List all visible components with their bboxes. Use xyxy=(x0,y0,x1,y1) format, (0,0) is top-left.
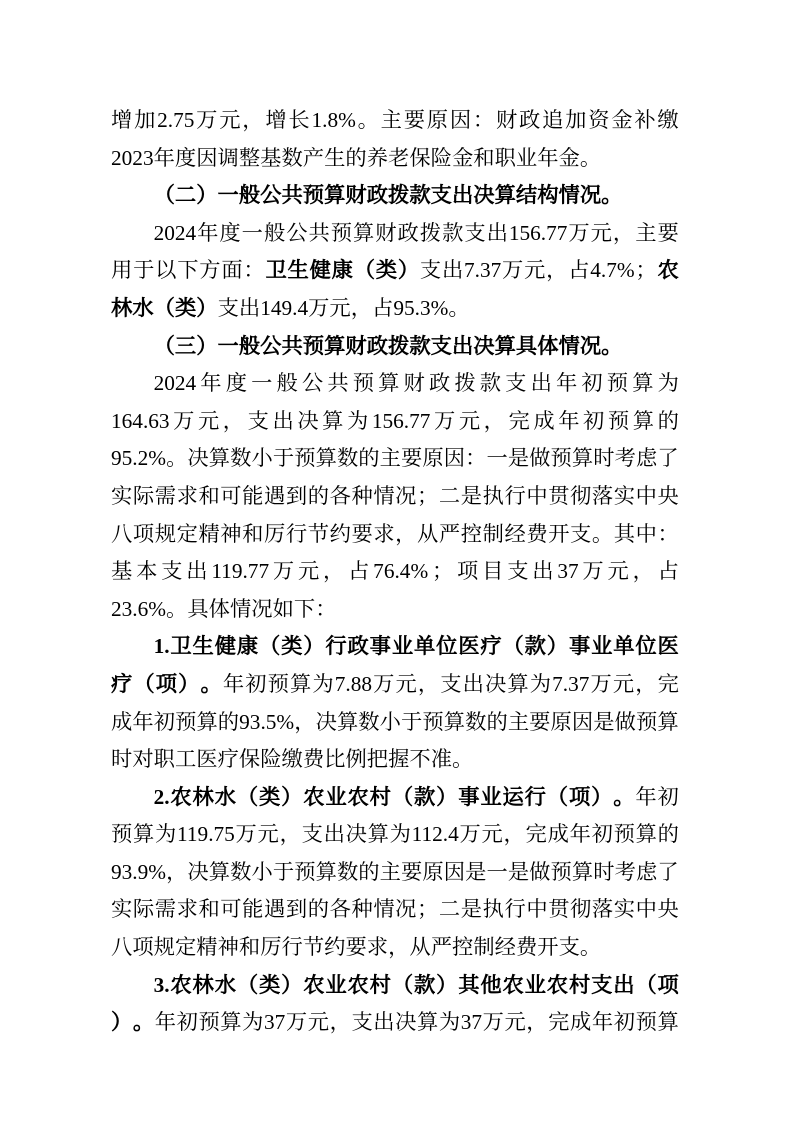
text-run: 要 xyxy=(351,516,372,554)
text-run: 和 xyxy=(242,516,263,554)
text-run: 预 xyxy=(111,816,132,854)
text-run: 决 xyxy=(473,328,494,366)
text-run: 。 xyxy=(613,779,634,817)
text-run: 算 xyxy=(633,403,654,441)
text-run: 产 xyxy=(303,140,324,178)
text-run: （ xyxy=(133,666,154,704)
text-run: 类 xyxy=(281,628,302,666)
text-run: 年 xyxy=(223,666,244,704)
text-run: 追 xyxy=(542,102,563,140)
text-run: 年 xyxy=(558,403,579,441)
text-run: 求 xyxy=(177,478,198,516)
text-run: 医 xyxy=(658,628,679,666)
text-run: 算 xyxy=(444,704,465,742)
text-run: ， xyxy=(280,816,301,854)
text-run: 精 xyxy=(198,516,219,554)
text-run: 93.5% xyxy=(239,704,294,742)
text-run: 预 xyxy=(294,854,315,892)
text-run: 出 xyxy=(531,365,552,403)
text-run: 万 xyxy=(483,1004,504,1042)
text-run: 结 xyxy=(516,177,537,215)
text-run: 水 xyxy=(132,290,153,328)
text-run: 林 xyxy=(111,290,132,328)
text-run: 般 xyxy=(264,215,285,253)
text-run: 是 xyxy=(461,478,482,516)
text-run: 农 xyxy=(303,779,324,817)
text-run: ， xyxy=(418,666,439,704)
text-run: 年 xyxy=(200,365,221,403)
text-run: 行 xyxy=(282,929,303,967)
text-run: 元 xyxy=(607,553,628,591)
text-run: 康 xyxy=(237,628,258,666)
text-run: 万 xyxy=(460,816,481,854)
text-run: 元 xyxy=(482,816,503,854)
text-run: 控 xyxy=(452,929,473,967)
text-run: 基 xyxy=(111,553,132,591)
text-run: 数 xyxy=(358,704,379,742)
text-run: 项 xyxy=(156,666,177,704)
text-run: 于 xyxy=(133,252,154,290)
text-run: 要 xyxy=(404,102,425,140)
text-line: ）。年初预算为37万元，支出决算为37万元，完成年初预算 xyxy=(111,1004,679,1042)
text-run: 算 xyxy=(316,854,337,892)
text-run: 7.88 xyxy=(335,666,372,704)
text-run: 预 xyxy=(198,1004,219,1042)
text-run: （ xyxy=(154,328,175,366)
text-run: 一 xyxy=(242,215,263,253)
text-run: 算 xyxy=(507,666,528,704)
text-run: 支 xyxy=(218,290,239,328)
text-run: 中 xyxy=(526,891,547,929)
text-run: 疗 xyxy=(218,741,239,779)
text-run: （ xyxy=(259,628,280,666)
text-run: 业 xyxy=(516,140,537,178)
text-run: 7.37 xyxy=(552,666,589,704)
text-run: 疗 xyxy=(111,666,132,704)
text-run: 公 xyxy=(260,177,281,215)
text-run: ， xyxy=(223,403,244,441)
text-run: 出 xyxy=(463,666,484,704)
text-run: 于 xyxy=(273,854,294,892)
text-run: 因 xyxy=(450,102,471,140)
text-run: 预 xyxy=(608,403,629,441)
text-run: 事 xyxy=(569,628,590,666)
text-run: 节 xyxy=(303,929,324,967)
text-run: 为 xyxy=(439,1004,460,1042)
text-run: 出 xyxy=(487,215,508,253)
text-run: ， xyxy=(484,403,505,441)
text-run: 以 xyxy=(155,252,176,290)
text-run: 严 xyxy=(431,929,452,967)
text-run: 定 xyxy=(177,516,198,554)
text-run: 年 xyxy=(537,140,558,178)
text-run: 算 xyxy=(417,1004,438,1042)
text-run: 一 xyxy=(486,854,507,892)
text-run: 生 xyxy=(324,140,345,178)
text-run: 水 xyxy=(215,779,236,817)
text-line: 时对职工医疗保险缴费比例把握不准。 xyxy=(111,741,679,779)
text-run: 二 xyxy=(439,891,460,929)
text-run: 公 xyxy=(260,328,281,366)
text-run: 决 xyxy=(485,666,506,704)
text-run: 年 xyxy=(154,140,175,178)
text-run: 农 xyxy=(170,967,191,1005)
text-run: 和 xyxy=(198,891,219,929)
text-run: 情 xyxy=(559,177,580,215)
text-run: 经 xyxy=(504,516,525,554)
text-run: 的 xyxy=(345,140,366,178)
text-run: 资 xyxy=(588,102,609,140)
text-run: 费 xyxy=(516,929,537,967)
text-run: 算 xyxy=(368,816,389,854)
text-run: 决 xyxy=(346,816,367,854)
text-run: 政 xyxy=(348,628,369,666)
text-run: 险 xyxy=(260,741,281,779)
text-run: 主 xyxy=(635,215,656,253)
text-run: ， xyxy=(635,666,656,704)
text-run: 用 xyxy=(111,252,132,290)
text-run: 生 xyxy=(193,628,214,666)
text-run: 成 xyxy=(533,403,554,441)
text-run: 金 xyxy=(452,140,473,178)
text-run: ） xyxy=(547,628,568,666)
text-run: 定 xyxy=(175,929,196,967)
text-run: 3. xyxy=(154,967,170,1005)
text-run: 种 xyxy=(351,478,372,516)
text-line: 3.农林水（类）农业农村（款）其他农业农村支出（项 xyxy=(111,967,679,1005)
text-run: 占 xyxy=(658,553,679,591)
text-line: 八项规定精神和厉行节约要求，从严控制经费开支。其中： xyxy=(111,516,679,554)
text-run: 算 xyxy=(316,440,337,478)
text-run: 项 xyxy=(658,967,679,1005)
text-run: （ xyxy=(392,779,413,817)
text-run: 出 xyxy=(442,252,463,290)
text-run: 贯 xyxy=(548,478,569,516)
text-run: 度 xyxy=(219,215,240,253)
text-run: 年 xyxy=(592,1004,613,1042)
text-run: 般 xyxy=(239,328,260,366)
text-run: 算 xyxy=(209,854,230,892)
text-run: 初 xyxy=(581,365,602,403)
text-run: 支 xyxy=(505,365,526,403)
text-run: 2.75 xyxy=(157,102,194,140)
text-run: 际 xyxy=(133,891,154,929)
text-run: 和 xyxy=(198,478,219,516)
text-run: ， xyxy=(294,704,315,742)
text-run: 落 xyxy=(592,891,613,929)
text-run: 万 xyxy=(236,816,257,854)
text-run: ， xyxy=(613,215,634,253)
text-run: ， xyxy=(166,854,187,892)
text-run: 二 xyxy=(175,177,196,215)
text-run: 做 xyxy=(615,704,636,742)
text-run: 因 xyxy=(444,854,465,892)
text-run: 支 xyxy=(431,328,452,366)
text-run: 落 xyxy=(592,478,613,516)
text-run: 预 xyxy=(636,704,657,742)
text-run: ， xyxy=(351,290,372,328)
text-run: 万 xyxy=(196,102,217,140)
text-run: 款 xyxy=(414,967,435,1005)
text-run: 八 xyxy=(111,929,132,967)
text-run: 考 xyxy=(615,440,636,478)
text-run: 算 xyxy=(324,328,345,366)
text-run: 中 xyxy=(526,478,547,516)
text-run: （ xyxy=(503,628,524,666)
text-run: 的 xyxy=(358,854,379,892)
text-run: 政 xyxy=(398,215,419,253)
text-run: ， xyxy=(633,553,654,591)
text-run: 。 xyxy=(166,440,187,478)
text-run: 初 xyxy=(614,1004,635,1042)
text-run: 初 xyxy=(658,779,679,817)
text-run: 对 xyxy=(132,741,153,779)
text-run: 支 xyxy=(351,1004,372,1042)
text-run: 约 xyxy=(330,516,351,554)
text-run: 成 xyxy=(548,816,569,854)
text-run: 中 xyxy=(636,478,657,516)
text-run: 金 xyxy=(611,102,632,140)
text-run: 体 xyxy=(537,328,558,366)
text-run: 1.8% xyxy=(311,102,355,140)
text-run: 项 xyxy=(569,779,590,817)
text-run: 支 xyxy=(431,177,452,215)
text-run: 为 xyxy=(390,816,411,854)
text-run: 村 xyxy=(370,779,391,817)
text-run: 支 xyxy=(464,215,485,253)
text-run: ） xyxy=(303,628,324,666)
text-run: 主 xyxy=(508,704,529,742)
text-run: 算 xyxy=(322,403,343,441)
text-run: ： xyxy=(473,102,494,140)
text-run: 农 xyxy=(348,967,369,1005)
text-run: 虑 xyxy=(636,440,657,478)
text-run: 小 xyxy=(252,440,273,478)
text-run: ： xyxy=(315,591,336,629)
text-run: 的 xyxy=(658,816,679,854)
text-run: 完 xyxy=(658,666,679,704)
text-run: 了 xyxy=(657,854,678,892)
text-run: 决 xyxy=(395,1004,416,1042)
text-run: 情 xyxy=(373,478,394,516)
text-run: 业 xyxy=(392,628,413,666)
text-run: 能 xyxy=(242,478,263,516)
text-run: 村 xyxy=(370,967,391,1005)
text-run: 预 xyxy=(303,328,324,366)
text-run: 况 xyxy=(395,891,416,929)
text-run: 数 xyxy=(281,140,302,178)
text-run: 实 xyxy=(111,478,132,516)
text-run: 小 xyxy=(252,854,273,892)
text-run: 从 xyxy=(417,516,438,554)
text-run: 比 xyxy=(324,741,345,779)
text-run: 万 xyxy=(590,666,611,704)
text-run: ） xyxy=(111,1004,132,1042)
text-run: ， xyxy=(330,1004,351,1042)
text-run: （ xyxy=(547,779,568,817)
text-run: 。 xyxy=(452,741,473,779)
text-line: 林水（类）支出149.4万元，占95.3%。 xyxy=(111,290,679,328)
text-run: 预 xyxy=(422,704,443,742)
text-run: ） xyxy=(196,177,217,215)
text-run: 款 xyxy=(409,177,430,215)
text-run: 健 xyxy=(310,252,331,290)
text-line: 93.9%，决算数小于预算数的主要原因是一是做预算时考虑了 xyxy=(111,854,679,892)
text-run: 7.37 xyxy=(464,252,501,290)
text-line: 1.卫生健康（类）行政事业单位医疗（款）事业单位医 xyxy=(111,628,679,666)
item-1-health: 1.卫生健康（类）行政事业单位医疗（款）事业单位医疗（项）。年初预算为7.88万… xyxy=(111,628,679,778)
text-run: 险 xyxy=(431,140,452,178)
text-run: 元 xyxy=(613,666,634,704)
text-run: （ xyxy=(392,967,413,1005)
text-line: 164.63万元，支出决算为156.77万元，完成年初预算的 xyxy=(111,403,679,441)
text-run: 央 xyxy=(657,891,678,929)
text-run: 情 xyxy=(373,891,394,929)
text-run: 保 xyxy=(409,140,430,178)
text-run: 况 xyxy=(580,328,601,366)
text-run: 是 xyxy=(508,440,529,478)
text-run: 决 xyxy=(187,440,208,478)
text-run: 加 xyxy=(134,102,155,140)
text-run: 拨 xyxy=(420,215,441,253)
text-run: 完 xyxy=(548,1004,569,1042)
text-run: 的 xyxy=(218,704,239,742)
text-run: 行 xyxy=(525,779,546,817)
text-run: 贯 xyxy=(548,891,569,929)
text-line: 基本支出119.77万元，占76.4%；项目支出37万元，占 xyxy=(111,553,679,591)
text-run: 支 xyxy=(161,553,182,591)
text-run: 需 xyxy=(155,478,176,516)
text-run: 其 xyxy=(458,967,479,1005)
text-run: 76.4% xyxy=(373,553,428,591)
text-run: 从 xyxy=(409,929,430,967)
text-run: 类 xyxy=(376,252,397,290)
text-run: 实 xyxy=(614,891,635,929)
text-run: 95.2% xyxy=(111,440,166,478)
text-line: （三）一般公共预算财政拨款支出决算具体情况。 xyxy=(111,328,679,366)
text-run: 费 xyxy=(526,516,547,554)
text-line: 疗（项）。年初预算为7.88万元，支出决算为7.37万元，完 xyxy=(111,666,679,704)
text-run: 预 xyxy=(331,215,352,253)
text-run: （ xyxy=(237,967,258,1005)
text-line: 2024年度一般公共预算财政拨款支出156.77万元，主要 xyxy=(111,215,679,253)
text-run: 支 xyxy=(440,666,461,704)
text-run: 财 xyxy=(404,365,425,403)
text-run: 成 xyxy=(570,1004,591,1042)
text-run: 支 xyxy=(420,252,441,290)
text-run: 制 xyxy=(483,516,504,554)
text-run: 原 xyxy=(422,440,443,478)
text-run: 卫 xyxy=(265,252,286,290)
text-run: 虑 xyxy=(636,854,657,892)
text-run: 其 xyxy=(614,516,635,554)
text-line: 预算为119.75万元，支出决算为112.4万元，完成年初预算的 xyxy=(111,816,679,854)
text-run: 业 xyxy=(591,628,612,666)
text-run: 遇 xyxy=(264,891,285,929)
text-line: 增加2.75万元，增长1.8%。主要原因：财政追加资金补缴 xyxy=(111,102,679,140)
text-run: 费 xyxy=(303,741,324,779)
text-run: 养 xyxy=(367,140,388,178)
text-run: 况 xyxy=(251,591,272,629)
text-run: 款 xyxy=(442,215,463,253)
text-run: 节 xyxy=(308,516,329,554)
text-run: 算 xyxy=(572,854,593,892)
text-run: 方 xyxy=(199,252,220,290)
text-run: 要 xyxy=(657,215,678,253)
text-run: ） xyxy=(196,290,217,328)
text-run: 算 xyxy=(495,177,516,215)
text-run: 如 xyxy=(273,591,294,629)
text-run: 农 xyxy=(547,967,568,1005)
heading-section-2: （二）一般公共预算财政拨款支出决算结构情况。 xyxy=(111,177,679,215)
text-run: 119.77 xyxy=(211,553,269,591)
text-run: ； xyxy=(635,252,656,290)
text-run: 公 xyxy=(286,215,307,253)
text-run: 到 xyxy=(286,478,307,516)
text-line: 成年初预算的93.5%，决算数小于预算数的主要原因是做预算 xyxy=(111,704,679,742)
text-run: 遇 xyxy=(264,478,285,516)
text-run: 元 xyxy=(524,252,545,290)
text-run: 位 xyxy=(436,628,457,666)
text-run: 要 xyxy=(345,929,366,967)
text-run: 于 xyxy=(273,440,294,478)
para-carryover: 增加2.75万元，增长1.8%。主要原因：财政追加资金补缴2023年度因调整基数… xyxy=(111,102,679,177)
text-run: 主 xyxy=(381,102,402,140)
text-run: 缴 xyxy=(282,741,303,779)
text-run: 一 xyxy=(486,440,507,478)
text-run: 37 xyxy=(557,553,578,591)
text-run: 能 xyxy=(242,891,263,929)
text-run: 元 xyxy=(591,215,612,253)
text-run: ） xyxy=(436,779,457,817)
text-run: 的 xyxy=(358,440,379,478)
text-run: 23.6% xyxy=(111,591,166,629)
text-run: 公 xyxy=(302,365,323,403)
text-run: 原 xyxy=(551,704,572,742)
text-run: 的 xyxy=(658,403,679,441)
text-run: 算 xyxy=(632,365,653,403)
text-run: 万 xyxy=(434,403,455,441)
text-run: 年 xyxy=(556,365,577,403)
text-run: 因 xyxy=(572,704,593,742)
text-run: 情 xyxy=(230,591,251,629)
text-run: 行 xyxy=(286,516,307,554)
text-run: 事 xyxy=(370,628,391,666)
text-run: ， xyxy=(388,929,409,967)
text-run: 。 xyxy=(592,516,613,554)
text-run: 业 xyxy=(525,967,546,1005)
text-run: 款 xyxy=(480,365,501,403)
text-run: 项 xyxy=(133,516,154,554)
text-run: 行 xyxy=(504,478,525,516)
text-run: 农 xyxy=(657,252,678,290)
text-run: 决 xyxy=(187,854,208,892)
text-run: 预 xyxy=(636,1004,657,1042)
text-run: 拨 xyxy=(454,365,475,403)
text-run: 具 xyxy=(187,591,208,629)
text-run: 初 xyxy=(592,816,613,854)
text-run: 年 xyxy=(570,816,591,854)
text-line: 23.6%。具体情况如下： xyxy=(111,591,679,629)
text-run: 37 xyxy=(461,1004,482,1042)
text-run: 初 xyxy=(154,704,175,742)
text-run: 占 xyxy=(372,290,393,328)
text-run: 万 xyxy=(308,290,329,328)
text-run: 情 xyxy=(559,328,580,366)
text-run: 预 xyxy=(607,365,628,403)
text-run: 农 xyxy=(348,779,369,817)
text-run: 二 xyxy=(439,478,460,516)
